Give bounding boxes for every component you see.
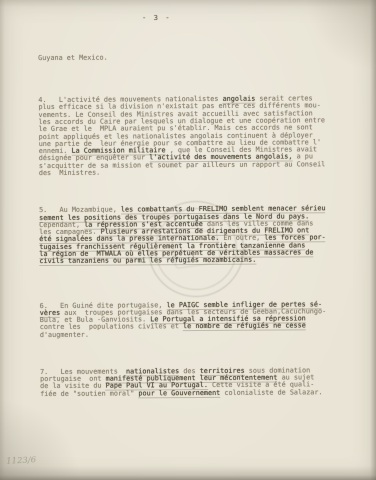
text-segment: des Ministres. bbox=[39, 169, 100, 177]
text-line: fiée de "soutien moral" pour le Gouverne… bbox=[40, 389, 344, 398]
paragraph-6: 6. En Guiné dite portugaise, le PAIGC se… bbox=[40, 301, 344, 339]
faint-circular-stamp-icon bbox=[148, 201, 244, 297]
paragraph-4: 4. L'activité des mouvements nationalist… bbox=[38, 95, 342, 177]
text-line: d'augmenter. bbox=[40, 330, 344, 339]
page-number: - 3 - bbox=[142, 13, 171, 22]
text-segment: fiée de "soutien moral" bbox=[40, 389, 138, 398]
scanned-document-page: - 3 - Guyana et Mexico. 4. L'activité de… bbox=[0, 0, 376, 480]
continuation-line: Guyana et Mexico. bbox=[38, 53, 342, 62]
pencil-note-text: 1123/6 bbox=[6, 455, 36, 467]
archive-pencil-note: ​ 1123/6 bbox=[6, 447, 37, 467]
highlighted-text-segment: pour le Gouvernement bbox=[138, 389, 220, 398]
text-segment: colonialiste de Salazar. bbox=[220, 388, 322, 397]
text-line: des Ministres. bbox=[39, 168, 343, 177]
paragraph-7: 7. Les mouvements nationalistes des terr… bbox=[40, 367, 344, 398]
highlighted-text-segment: le nombre de réfugiés ne cesse bbox=[183, 322, 306, 332]
text-segment: d'augmenter. bbox=[40, 330, 89, 338]
